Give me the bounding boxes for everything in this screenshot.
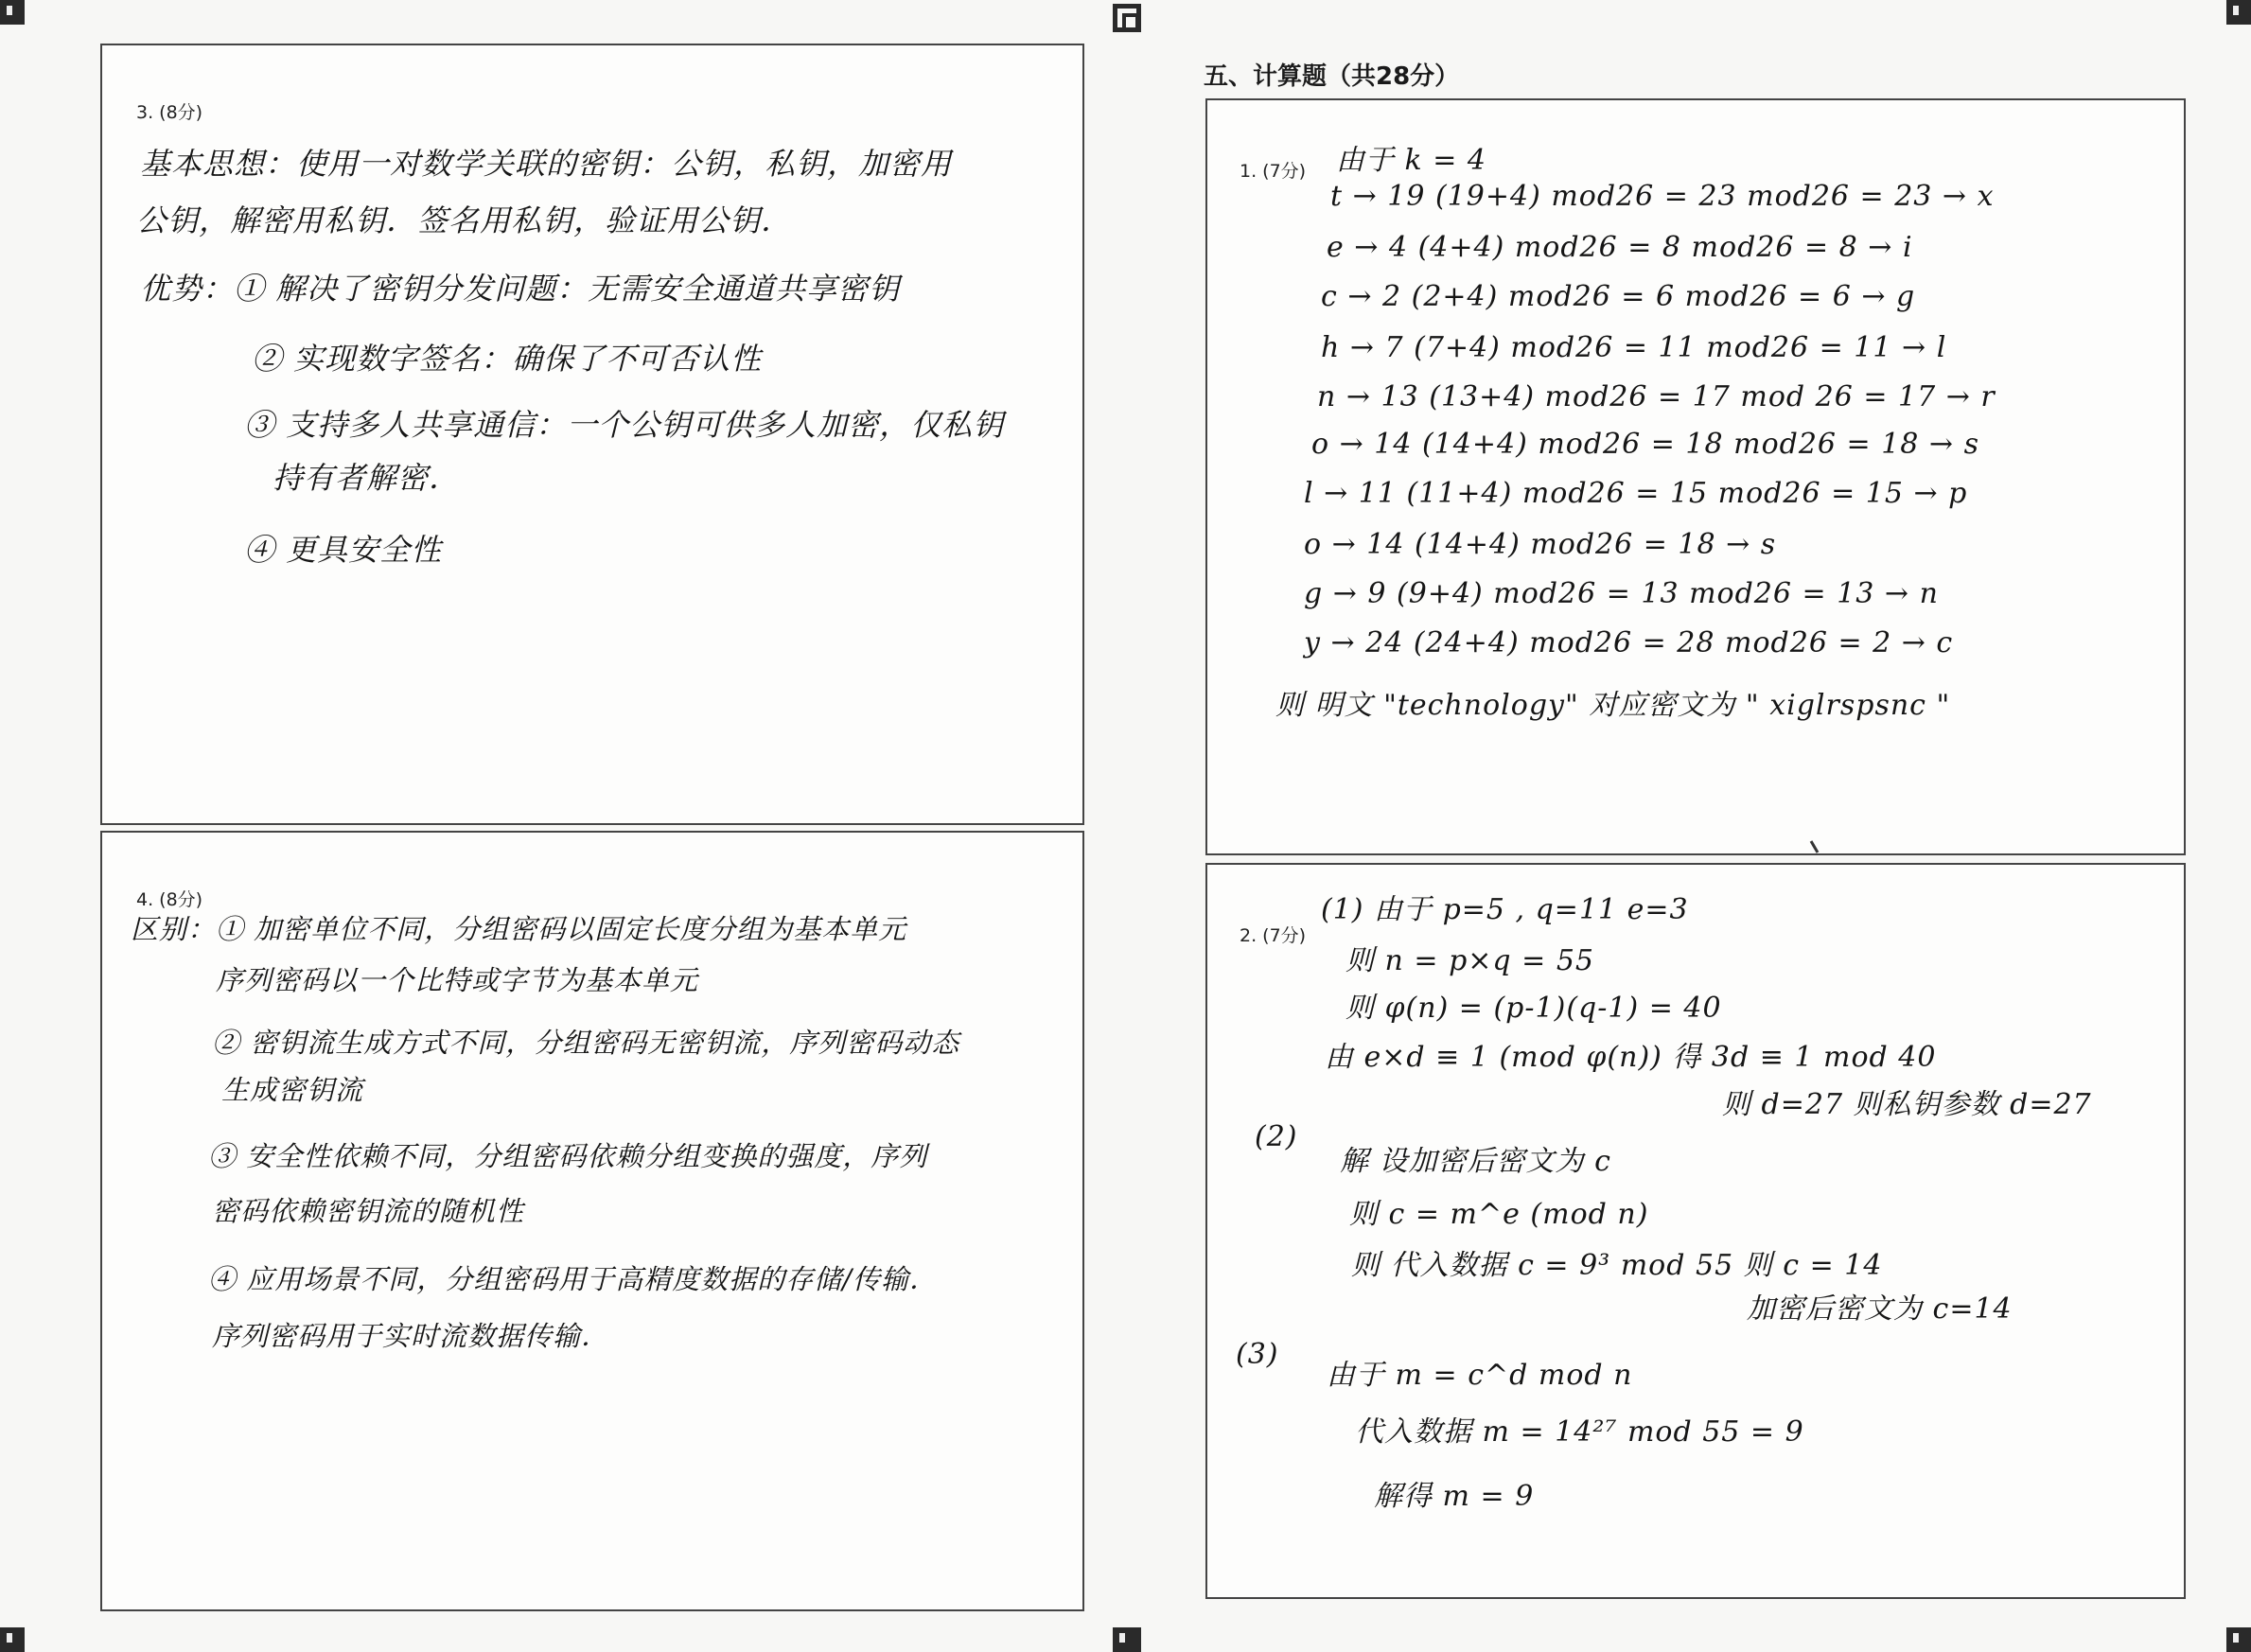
- sub-question-label: (3): [1236, 1338, 1279, 1371]
- cipher-row: g → 9 (9+4) mod26 = 13 mod26 = 13 → n: [1304, 577, 1939, 610]
- section-title: 五、计算题（共28分）: [1204, 57, 1459, 92]
- answer-line: ④ 应用场景不同，分组密码用于高精度数据的存储/传输．: [208, 1258, 938, 1297]
- cipher-row: n → 13 (13+4) mod26 = 17 mod 26 = 17 → r: [1317, 380, 1996, 413]
- answer-line: 加密后密文为 c=14: [1747, 1285, 2013, 1327]
- cipher-row: o → 14 (14+4) mod26 = 18 mod26 = 18 → s: [1311, 428, 1979, 461]
- answer-box-q4: 4. (8分) 区别：① 加密单位不同，分组密码以固定长度分组为基本单元 序列密…: [100, 831, 1084, 1611]
- answer-line: ④ 更具安全性: [244, 526, 442, 570]
- answer-line: 密码依赖密钥流的随机性: [212, 1190, 524, 1229]
- answer-line: 则 代入数据 c = 9³ mod 55 则 c = 14: [1351, 1241, 1882, 1283]
- answer-line: 公钥，解密用私钥．签名用私钥，验证用公钥．: [136, 197, 792, 240]
- answer-line: 由 e×d ≡ 1 (mod φ(n)) 得 3d ≡ 1 mod 40: [1325, 1033, 1936, 1075]
- answer-line: 则 n = p×q = 55: [1345, 937, 1594, 978]
- answer-line: ② 实现数字签名：确保了不可否认性: [252, 335, 762, 378]
- answer-line: 生成密钥流: [221, 1069, 363, 1108]
- sub-question-label: (2): [1255, 1120, 1298, 1153]
- cipher-row: e → 4 (4+4) mod26 = 8 mod26 = 8 → i: [1327, 231, 1913, 264]
- answer-line: 序列密码用于实时流数据传输．: [212, 1315, 609, 1354]
- answer-box-q3: 3. (8分) 基本思想：使用一对数学关联的密钥：公钥，私钥，加密用 公钥，解密…: [100, 44, 1084, 825]
- answer-box-calc-1: 1. (7分) 由于 k = 4 t → 19 (19+4) mod26 = 2…: [1205, 98, 2186, 855]
- cipher-row: h → 7 (7+4) mod26 = 11 mod26 = 11 → l: [1321, 331, 1946, 364]
- answer-line: 优势：① 解决了密钥分发问题：无需安全通道共享密钥: [140, 265, 900, 308]
- answer-line: 序列密码以一个比特或字节为基本单元: [216, 959, 698, 998]
- answer-line: 基本思想：使用一对数学关联的密钥：公钥，私钥，加密用: [140, 140, 952, 184]
- question-label: 1. (7分): [1240, 157, 1306, 183]
- answer-line: 代入数据 m = 14²⁷ mod 55 = 9: [1355, 1408, 1804, 1450]
- answer-line: 由于 k = 4: [1336, 136, 1486, 178]
- scan-marker-top-left: [0, 0, 25, 25]
- answer-conclusion: 则 明文 "technology" 对应密文为 " xiglrspsnc ": [1275, 681, 1950, 723]
- cipher-row: o → 14 (14+4) mod26 = 18 → s: [1304, 528, 1776, 561]
- answer-line: 解 设加密后密文为 c: [1340, 1137, 1611, 1179]
- cipher-row: t → 19 (19+4) mod26 = 23 mod26 = 23 → x: [1330, 180, 1995, 213]
- cipher-row: l → 11 (11+4) mod26 = 15 mod26 = 15 → p: [1304, 477, 1967, 510]
- answer-line: ② 密钥流生成方式不同，分组密码无密钥流，序列密码动态: [212, 1022, 959, 1061]
- cipher-row: c → 2 (2+4) mod26 = 6 mod26 = 6 → g: [1321, 280, 1915, 313]
- question-label: 4. (8分): [136, 886, 202, 911]
- scan-marker-bottom-left: [0, 1627, 25, 1652]
- question-label: 3. (8分): [136, 98, 202, 124]
- scan-marker-bottom-right: [2226, 1627, 2251, 1652]
- scan-marker-top-center: [1113, 4, 1141, 32]
- answer-line: 则 φ(n) = (p-1)(q-1) = 40: [1345, 984, 1722, 1026]
- answer-box-calc-2: 2. (7分) (1) 由于 p=5 , q=11 e=3 则 n = p×q …: [1205, 863, 2186, 1599]
- answer-line: 区别：① 加密单位不同，分组密码以固定长度分组为基本单元: [131, 908, 906, 947]
- question-label: 2. (7分): [1240, 922, 1306, 947]
- answer-line: ③ 支持多人共享通信：一个公钥可供多人加密，仅私钥: [244, 401, 1004, 445]
- answer-line: 由于 m = c^d mod n: [1327, 1351, 1632, 1393]
- answer-line: (1) 由于 p=5 , q=11 e=3: [1321, 886, 1689, 927]
- answer-line: 则 d=27 则私钥参数 d=27: [1722, 1081, 2092, 1122]
- cipher-row: y → 24 (24+4) mod26 = 28 mod26 = 2 → c: [1304, 626, 1953, 659]
- scan-marker-top-right: [2226, 0, 2251, 25]
- answer-line: ③ 安全性依赖不同，分组密码依赖分组变换的强度，序列: [208, 1135, 927, 1174]
- scan-marker-bottom-center: [1113, 1627, 1141, 1652]
- answer-line: 则 c = m^e (mod n): [1349, 1190, 1648, 1232]
- answer-line: 持有者解密．: [273, 454, 460, 498]
- answer-line: 解得 m = 9: [1374, 1472, 1534, 1514]
